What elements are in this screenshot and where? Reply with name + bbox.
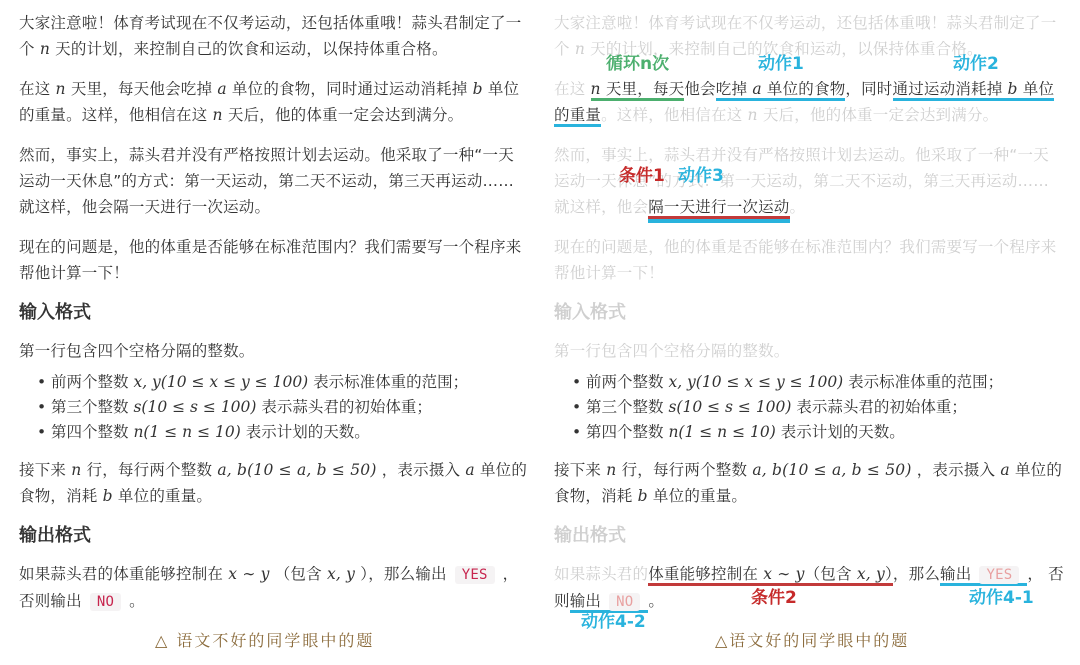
text: 否则输出 [19, 592, 82, 610]
bullet-item: 第四个整数 n(1 ≤ n ≤ 10) 表示计划的天数。 [572, 420, 1064, 445]
text: 在这 [554, 80, 585, 98]
annotation-loop: 循环n次 [606, 54, 669, 74]
math: n(1 ≤ n ≤ 10) [133, 423, 240, 441]
var-b: b [103, 487, 113, 505]
input-bullet-list: 前两个整数 x, y(10 ≤ x ≤ y ≤ 100) 表示标准体重的范围； … [554, 370, 1064, 445]
math: a, b(10 ≤ a, b ≤ 50) [217, 461, 376, 479]
var-a: a [217, 80, 226, 98]
problem-statement-annotated: 大家注意啦！体育考试现在不仅考运动，还包括体重哦！蒜头君制定了一个 n 天的计划… [554, 10, 1064, 629]
bullet-item: 第四个整数 n(1 ≤ n ≤ 10) 表示计划的天数。 [37, 420, 529, 445]
text: 。 [129, 592, 145, 610]
math: x ∼ y [763, 565, 804, 583]
text: 第四个整数 [586, 423, 664, 441]
text: ），那么输出 [360, 565, 446, 583]
no-code: NO [90, 593, 121, 611]
action1-highlight: 吃掉 a 单位的食物 [716, 80, 846, 101]
math: x ∼ y [228, 565, 269, 583]
text: 表示标准体重的范围； [313, 373, 468, 391]
text: 第三个整数 [51, 398, 129, 416]
text: 第三个整数 [586, 398, 664, 416]
paragraph-question: 现在的问题是，他的体重是否能够在标准范围内？我们需要写一个程序来帮他计算一下！ [19, 234, 529, 286]
annotation-action1: 动作1 [758, 54, 804, 74]
text: 前两个整数 [586, 373, 664, 391]
paragraph-next-lines: 接下来 n 行，每行两个整数 a, b(10 ≤ a, b ≤ 50) ，表示摄… [19, 457, 529, 509]
cond2-highlight: 体重能够控制在 x ∼ y（包含 x, y） [648, 565, 893, 586]
text: 表示蒜头君的初始体重； [796, 398, 967, 416]
text: 表示标准体重的范围； [848, 373, 1003, 391]
var-b: b [1008, 80, 1018, 98]
var-n: n [748, 106, 758, 124]
math: x, y(10 ≤ x ≤ y ≤ 100) [668, 373, 843, 391]
annotation-action2: 动作2 [953, 54, 999, 74]
caption-left: △ 语文不好的同学眼中的题 [155, 628, 374, 651]
text: 表示计划的天数。 [781, 423, 905, 441]
text: 天的计划，来控制自己的饮食和运动，以保持体重合格。 [55, 40, 448, 58]
text: 他会 [684, 80, 715, 98]
no-code: NO [609, 593, 640, 611]
bullet-item: 前两个整数 x, y(10 ≤ x ≤ y ≤ 100) 表示标准体重的范围； [572, 370, 1064, 395]
var-n: n [606, 461, 616, 479]
cond1-action3-highlight: 隔一天进行一次运动 [648, 198, 789, 219]
math: x, y [857, 565, 885, 583]
bullet-item: 前两个整数 x, y(10 ≤ x ≤ y ≤ 100) 表示标准体重的范围； [37, 370, 529, 395]
var-a: a [465, 461, 474, 479]
text: 前两个整数 [51, 373, 129, 391]
math: s(10 ≤ s ≤ 100) [668, 398, 791, 416]
caption-right: △语文好的同学眼中的题 [715, 628, 909, 651]
text: 天里，每天他会吃掉 [71, 80, 212, 98]
input-bullet-list: 前两个整数 x, y(10 ≤ x ≤ y ≤ 100) 表示标准体重的范围； … [19, 370, 529, 445]
var-n: n [71, 461, 81, 479]
paragraph-reality: 然而，事实上，蒜头君并没有严格按照计划去运动。他采取了一种“一天运动一天休息”的… [19, 142, 529, 220]
text: ， [503, 565, 519, 583]
paragraph-next-lines: 接下来 n 行，每行两个整数 a, b(10 ≤ a, b ≤ 50) ，表示摄… [554, 457, 1064, 509]
left-panel: 大家注意啦！体育考试现在不仅考运动，还包括体重哦！蒜头君制定了一个 n 天的计划… [0, 0, 540, 665]
text: 表示蒜头君的初始体重； [261, 398, 432, 416]
text: 接下来 [19, 461, 66, 479]
output-format-heading: 输出格式 [554, 523, 1064, 549]
action4-1-highlight: 输出YES [940, 565, 1027, 586]
action4-2-highlight: 输出NO [570, 592, 649, 613]
var-b: b [638, 487, 648, 505]
yes-code: YES [455, 566, 495, 584]
var-n: n [56, 80, 66, 98]
math: s(10 ≤ s ≤ 100) [133, 398, 256, 416]
annotation-cond1: 条件1 [619, 166, 665, 186]
yes-code: YES [979, 566, 1019, 584]
math: n(1 ≤ n ≤ 10) [668, 423, 775, 441]
text: 单位的重量。 [653, 487, 747, 505]
var-n: n [575, 40, 585, 58]
text: 天后，他的体重一定会达到满分。 [228, 106, 464, 124]
math: a, b(10 ≤ a, b ≤ 50) [752, 461, 911, 479]
text: 在这 [19, 80, 50, 98]
math: x, y(10 ≤ x ≤ y ≤ 100) [133, 373, 308, 391]
input-format-heading: 输入格式 [554, 300, 1064, 326]
text: 接下来 [554, 461, 601, 479]
annotation-action4-1: 动作4-1 [969, 588, 1034, 608]
math: x, y [327, 565, 355, 583]
bullet-item: 第三个整数 s(10 ≤ s ≤ 100) 表示蒜头君的初始体重； [572, 395, 1064, 420]
paragraph-plan: 在这 n 天里，每天他会吃掉 a 单位的食物，同时通过运动消耗掉 b 单位的重量… [19, 76, 529, 128]
loop-highlight: n 天里，每天 [591, 80, 685, 101]
var-a: a [1000, 461, 1009, 479]
input-intro: 第一行包含四个空格分隔的整数。 [554, 338, 1064, 364]
text: 行，每行两个整数 [87, 461, 213, 479]
paragraph-question: 现在的问题是，他的体重是否能够在标准范围内？我们需要写一个程序来帮他计算一下！ [554, 234, 1064, 286]
text: 单位的重量。 [118, 487, 212, 505]
annotation-action3: 动作3 [678, 166, 724, 186]
bullet-item: 第三个整数 s(10 ≤ s ≤ 100) 表示蒜头君的初始体重； [37, 395, 529, 420]
right-panel: 大家注意啦！体育考试现在不仅考运动，还包括体重哦！蒜头君制定了一个 n 天的计划… [540, 0, 1080, 665]
text: ，同时 [845, 80, 892, 98]
problem-statement-plain: 大家注意啦！体育考试现在不仅考运动，还包括体重哦！蒜头君制定了一个 n 天的计划… [19, 10, 529, 629]
var-n: n [591, 80, 601, 98]
var-b: b [473, 80, 483, 98]
paragraph-intro: 大家注意啦！体育考试现在不仅考运动，还包括体重哦！蒜头君制定了一个 n 天的计划… [19, 10, 529, 62]
text: 行，每行两个整数 [622, 461, 748, 479]
text: 如果蒜头君的体重能够控制在 [19, 565, 223, 583]
text: ，表示摄入 [382, 461, 461, 479]
var-n: n [213, 106, 223, 124]
output-format-heading: 输出格式 [19, 523, 529, 549]
paragraph-plan: 在这 n 天里，每天他会吃掉 a 单位的食物，同时通过运动消耗掉 b 单位的重量… [554, 76, 1064, 128]
text: 第四个整数 [51, 423, 129, 441]
var-a: a [752, 80, 761, 98]
text: （包含 [275, 565, 322, 583]
text: ，表示摄入 [917, 461, 996, 479]
input-format-heading: 输入格式 [19, 300, 529, 326]
var-n: n [40, 40, 50, 58]
paragraph-output: 如果蒜头君的体重能够控制在 x ∼ y （包含 x, y ），那么输出YES， … [19, 561, 529, 615]
annotation-action4-2: 动作4-2 [581, 612, 646, 632]
text: 表示计划的天数。 [246, 423, 370, 441]
text: 单位的食物，同时通过运动消耗掉 [232, 80, 468, 98]
annotation-cond2: 条件2 [751, 588, 797, 608]
input-intro: 第一行包含四个空格分隔的整数。 [19, 338, 529, 364]
